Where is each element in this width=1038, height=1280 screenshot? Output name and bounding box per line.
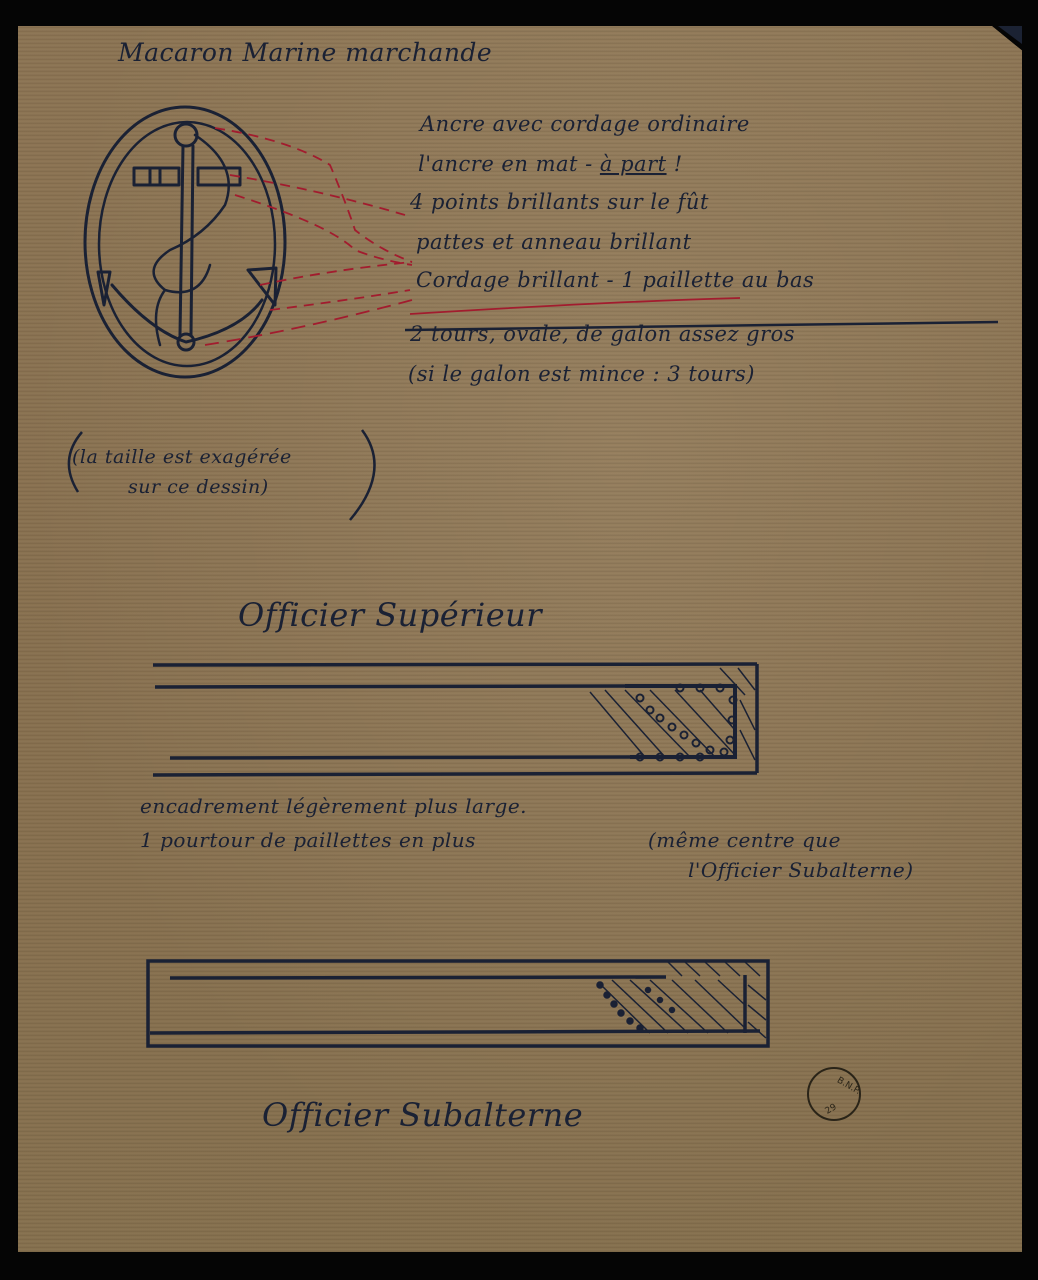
subaltern-officer-hatching [598, 962, 766, 1038]
library-stamp: B.N.P. 29 [808, 1068, 862, 1120]
section-rule [405, 322, 998, 330]
superior-officer-hatching [590, 668, 755, 760]
superior-officer-stripe-drawing [153, 664, 757, 775]
subaltern-officer-sequins [597, 982, 675, 1031]
red-underline [410, 298, 740, 314]
svg-text:29: 29 [824, 1102, 839, 1117]
svg-text:B.N.P.: B.N.P. [835, 1076, 862, 1097]
red-leader-lines [205, 128, 412, 345]
superior-officer-sequins [637, 685, 737, 761]
ink-drawings: B.N.P. 29 [0, 0, 1038, 1280]
